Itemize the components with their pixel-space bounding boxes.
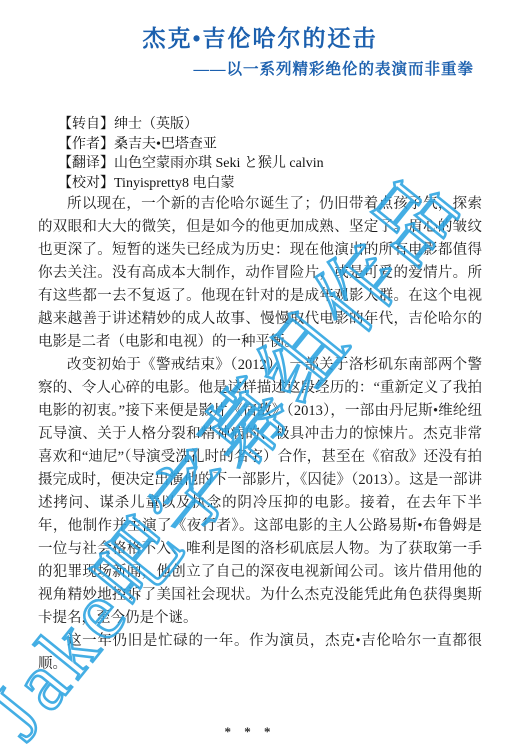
article-subtitle: ——以一系列精彩绝伦的表演而非重拳 xyxy=(0,57,520,79)
article-body: 所以现在，一个新的吉伦哈尔诞生了；仍旧带着点孩子气，探索的双眼和大大的微笑，但是… xyxy=(38,193,482,676)
meta-line-author: 【作者】桑吉夫•巴塔查亚 xyxy=(58,135,520,155)
document-page: 杰克•吉伦哈尔的还击 ——以一系列精彩绝伦的表演而非重拳 【转自】绅士（英版） … xyxy=(0,0,520,750)
meta-line-translator: 【翻译】山色空蒙雨亦琪 Seki と猴儿 calvin xyxy=(58,154,520,174)
article-paragraph: 改变初始于《警戒结束》（2012），一部关于洛杉矶东南部两个警察的、令人心碎的电… xyxy=(38,354,482,630)
meta-block: 【转自】绅士（英版） 【作者】桑吉夫•巴塔查亚 【翻译】山色空蒙雨亦琪 Seki… xyxy=(58,115,520,193)
section-divider: * * * xyxy=(0,724,500,740)
article-title: 杰克•吉伦哈尔的还击 xyxy=(0,0,520,53)
article-paragraph: 所以现在，一个新的吉伦哈尔诞生了；仍旧带着点孩子气，探索的双眼和大大的微笑，但是… xyxy=(38,193,482,354)
meta-line-proofreader: 【校对】Tinyispretty8 电白蒙 xyxy=(58,174,520,194)
article-paragraph: 这一年仍旧是忙碌的一年。作为演员，杰克•吉伦哈尔一直都很顺。 xyxy=(38,630,482,676)
meta-line-source: 【转自】绅士（英版） xyxy=(58,115,520,135)
